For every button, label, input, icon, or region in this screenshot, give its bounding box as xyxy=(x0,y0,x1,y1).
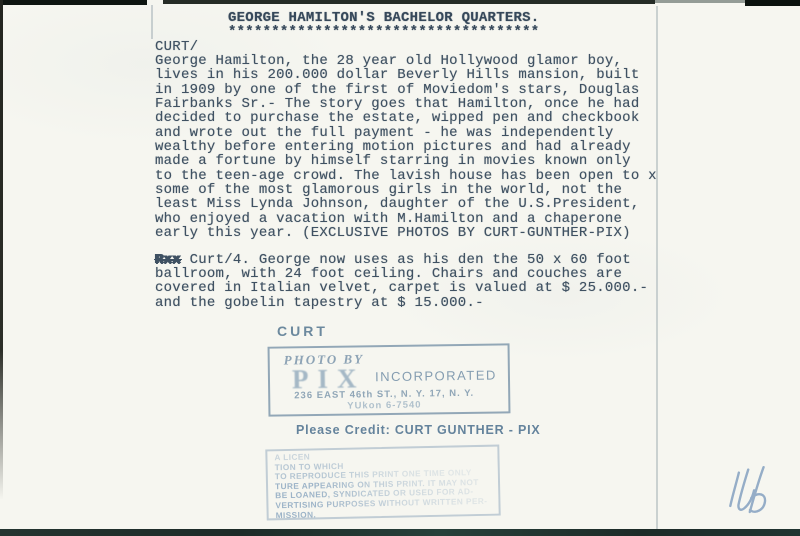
caption-line: lives in his 200.000 dollar Beverly Hill… xyxy=(155,68,675,82)
paper-crease-top xyxy=(151,5,153,39)
license-line: TION TO WHICH xyxy=(275,458,498,472)
caption-line: in 1909 by one of the first of Moviedom'… xyxy=(155,83,675,97)
license-line: TO REPRODUCE THIS PRINT ONE TIME ONLY xyxy=(275,468,498,482)
license-line: MISSION. xyxy=(276,506,499,520)
license-line: TURE APPEARING ON THIS PRINT. IT MAY NOT xyxy=(275,477,498,491)
typewritten-block: GEORGE HAMILTON'S BACHELOR QUARTERS. ***… xyxy=(155,11,675,310)
handwritten-number-mark xyxy=(723,450,779,533)
license-line: A LICEN xyxy=(274,449,497,463)
caption-line: who enjoyed a vacation with M.Hamilton a… xyxy=(155,212,675,226)
title-asterisk-rule: ************************************ xyxy=(228,25,675,39)
caption-line: and wrote out the full payment - he was … xyxy=(155,126,675,140)
scan-edge-top-fade xyxy=(655,0,747,3)
scan-edge-bottom xyxy=(0,529,800,536)
caption-line: least Miss Lynda Johnson, daughter of th… xyxy=(155,197,675,211)
caption-line: Rxx Curt/4. George now uses as his den t… xyxy=(155,253,675,267)
second-caption-paragraph: Rxx Curt/4. George now uses as his den t… xyxy=(155,253,675,310)
license-line: VERTISING PURPOSES WITHOUT WRITTEN PER- xyxy=(275,497,498,511)
scan-edge-top-right xyxy=(745,0,800,6)
caption-line: covered in Italian velvet, carpet is val… xyxy=(155,281,675,295)
scan-edge-top-main xyxy=(163,0,655,4)
caption-line: to the teen-age crowd. The lavish house … xyxy=(155,169,675,183)
credit-line-stamp: Please Credit: CURT GUNTHER - PIX xyxy=(296,423,541,437)
pix-agency-stamp: PHOTO BY PIX INCORPORATED 236 EAST 46th … xyxy=(268,343,511,416)
photographer-stamp: CURT xyxy=(277,323,328,339)
license-line: BE LOANED, SYNDICATED OR USED FOR AD- xyxy=(275,487,498,501)
press-photo-caption-card: GEORGE HAMILTON'S BACHELOR QUARTERS. ***… xyxy=(0,0,800,536)
license-disclaimer-stamp: A LICENTION TO WHICHTO REPRODUCE THIS PR… xyxy=(265,445,500,521)
scan-edge-left xyxy=(0,0,3,500)
caption-line: decided to purchase the estate, wipped p… xyxy=(155,111,675,125)
caption-paragraph: George Hamilton, the 28 year old Hollywo… xyxy=(155,54,675,240)
caption-line: made a fortune by himself starring in mo… xyxy=(155,154,675,168)
caption-line: and the gobelin tapestry at $ 15.000.- xyxy=(155,296,675,310)
agency-suffix: INCORPORATED xyxy=(375,367,497,384)
byline-slug: CURT/ xyxy=(155,40,675,54)
second-caption-lines: ballroom, with 24 foot ceiling. Chairs a… xyxy=(155,267,675,310)
overstruck-text: Rxx xyxy=(155,252,181,268)
caption-line: early this year. (EXCLUSIVE PHOTOS BY CU… xyxy=(155,226,675,240)
scan-edge-top-left xyxy=(0,0,147,5)
agency-phone: YUkon 6-7540 xyxy=(270,398,498,412)
